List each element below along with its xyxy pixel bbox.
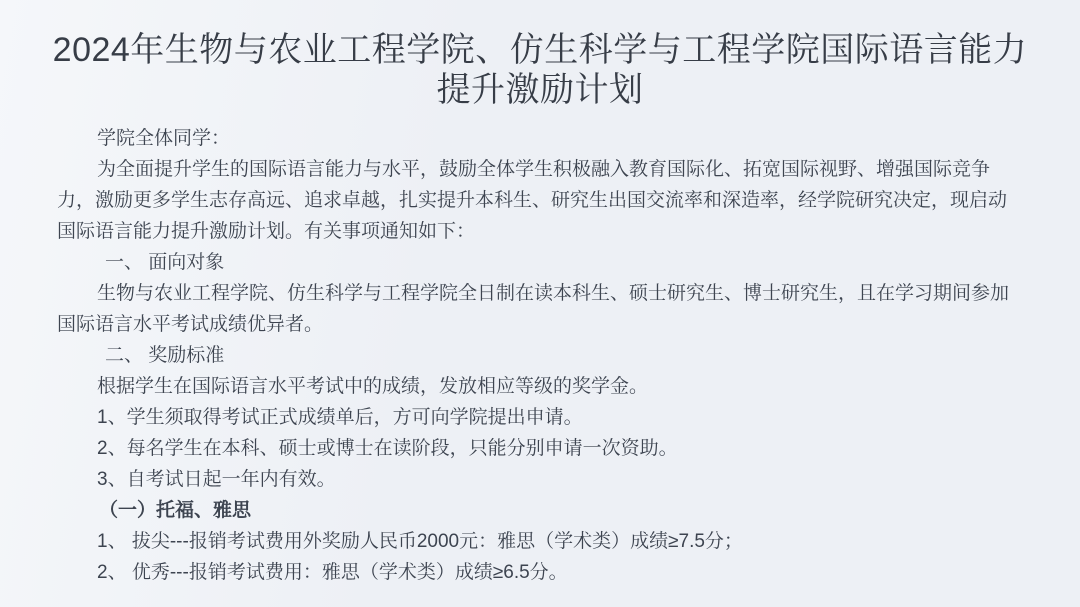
section-1-heading: 一、 面向对象 xyxy=(57,247,1023,278)
award-item-top: 1、 拔尖---报销考试费用外奖励人民币2000元：雅思（学术类）成绩≥7.5分… xyxy=(57,526,1023,557)
rule-item-1: 1、学生须取得考试正式成绩单后，方可向学院提出申请。 xyxy=(57,402,1023,433)
rule-item-2: 2、每名学生在本科、硕士或博士在读阶段，只能分别申请一次资助。 xyxy=(57,433,1023,464)
section-2-heading: 二、 奖励标准 xyxy=(57,340,1023,371)
document-body: 学院全体同学： 为全面提升学生的国际语言能力与水平，鼓励全体学生积极融入教育国际… xyxy=(0,110,1080,588)
intro-paragraph: 为全面提升学生的国际语言能力与水平，鼓励全体学生积极融入教育国际化、拓宽国际视野… xyxy=(57,154,1023,247)
section-1-body: 生物与农业工程学院、仿生科学与工程学院全日制在读本科生、硕士研究生、博士研究生，… xyxy=(57,278,1023,340)
document-title: 2024年生物与农业工程学院、仿生科学与工程学院国际语言能力 提升激励计划 xyxy=(40,30,1040,110)
title-line-2: 提升激励计划 xyxy=(40,70,1040,110)
subsection-heading-toefl-ielts: （一）托福、雅思 xyxy=(57,495,1023,526)
rule-item-3: 3、自考试日起一年内有效。 xyxy=(57,464,1023,495)
section-2-lead: 根据学生在国际语言水平考试中的成绩，发放相应等级的奖学金。 xyxy=(57,371,1023,402)
notice-document: 2024年生物与农业工程学院、仿生科学与工程学院国际语言能力 提升激励计划 学院… xyxy=(0,0,1080,607)
salutation: 学院全体同学： xyxy=(57,123,1023,154)
award-item-excellent: 2、 优秀---报销考试费用：雅思（学术类）成绩≥6.5分。 xyxy=(57,557,1023,588)
title-line-1: 2024年生物与农业工程学院、仿生科学与工程学院国际语言能力 xyxy=(40,30,1040,70)
